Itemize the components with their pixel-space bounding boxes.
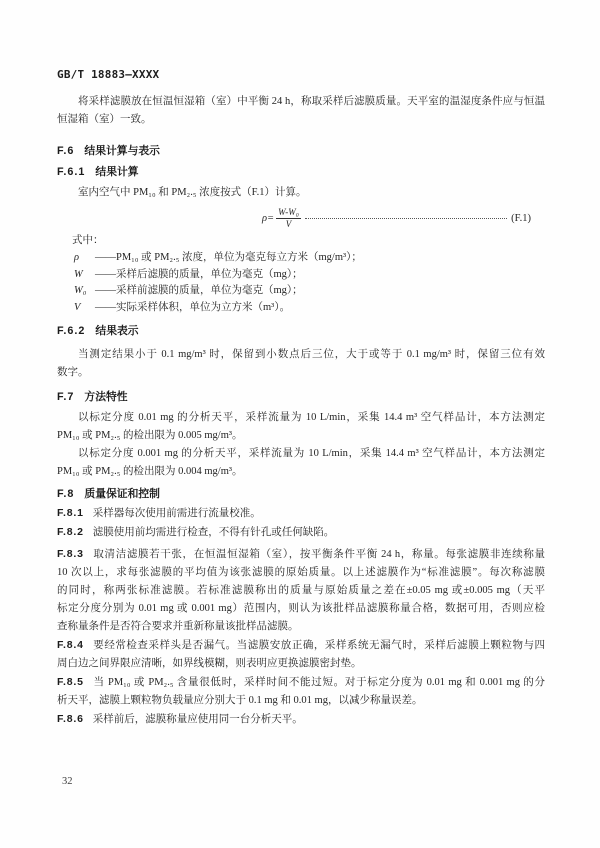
clause-f85-number: F.8.5 [57, 676, 84, 688]
definition-row-w0: W₀——采样前滤膜的质量，单位为毫克（mg）； [57, 283, 545, 300]
clause-f82: F.8.2滤膜使用前均需进行检查，不得有针孔或任何缺陷。 [57, 523, 545, 542]
clause-f86-number: F.8.6 [57, 713, 84, 725]
f7-paragraph-1: 以标定分度 0.01 mg 的分析天平，采样流量为 10 L/min，采集 14… [57, 409, 545, 445]
clause-f86-line-1: F.8.6采样前后，滤膜称量应使用同一台分析天平。 [57, 710, 545, 729]
section-f8-number: F.8 [57, 488, 74, 500]
definition-text-rho: ——PM₁₀ 或 PM₂.₅ 浓度，单位为毫克每立方米（mg/m³）； [95, 252, 362, 263]
clause-f86-text: 采样前后，滤膜称量应使用同一台分析天平。 [93, 714, 303, 725]
definition-term-v: V [74, 300, 95, 317]
clause-f83-text-1: 取清洁滤膜若干张，在恒温恒湿箱（室），按平衡条件平衡 24 h，称量。每张滤膜非… [93, 549, 545, 560]
section-f7-number: F.7 [57, 391, 74, 403]
clause-f85-line-2: 析天平，滤膜上颗粒物负载量应分别大于 0.1 mg 和 0.01 mg，以减少称… [57, 692, 545, 710]
clause-f86: F.8.6采样前后，滤膜称量应使用同一台分析天平。 [57, 710, 545, 729]
page-content: GB/T 18883—XXXX 将采样滤膜放在恒温恒湿箱（室）中平衡 24 h，… [57, 0, 545, 729]
definition-text-v: ——实际采样体积，单位为立方米（m³）。 [95, 302, 290, 313]
formula-label: (F.1) [511, 213, 531, 224]
clause-f81: F.8.1采样器每次使用前需进行流量校准。 [57, 504, 545, 523]
section-f8-title: 质量保证和控制 [84, 488, 160, 500]
clause-f85-text-1: 当 PM₁₀ 或 PM₂.₅ 含量很低时，采样时间不能过短。对于标定分度为 0.… [93, 677, 545, 688]
formula-denominator: V [286, 219, 292, 229]
page-number: 32 [62, 775, 73, 789]
doc-code-header: GB/T 18883—XXXX [57, 66, 545, 84]
definition-term-w0: W₀ [74, 283, 95, 300]
clause-f83-line-1: F.8.3取清洁滤膜若干张，在恒温恒湿箱（室），按平衡条件平衡 24 h，称量。… [57, 545, 545, 564]
f61-lead-line: 室内空气中 PM₁₀ 和 PM₂.₅ 浓度按式（F.1）计算。 [57, 184, 545, 202]
clause-f83-line-2: 10 次以上，求每张滤膜的平均值为该张滤膜的原始质量。以上述滤膜作为“标准滤膜”… [57, 564, 545, 582]
section-f7-heading: F.7方法特性 [57, 388, 545, 406]
definition-row-w: W——采样后滤膜的质量，单位为毫克（mg）； [57, 267, 545, 284]
clause-f83-line-5: 查称量条件是否符合要求并重新称量该批样品滤膜。 [57, 618, 545, 636]
formula-f1: ρ= W-W₀ V (F.1) [57, 204, 545, 232]
intro-paragraph: 将采样滤膜放在恒温恒湿箱（室）中平衡 24 h，称取采样后滤膜质量。天平室的温湿… [57, 93, 545, 129]
formula-numerator: W-W₀ [276, 207, 301, 218]
clause-f84-line-1: F.8.4要经常检查采样头是否漏气。当滤膜安放正确，采样系统无漏气时，采样后滤膜… [57, 636, 545, 655]
intro-line-2: 恒湿箱（室）一致。 [57, 111, 545, 129]
section-f6-number: F.6 [57, 145, 74, 157]
clause-f82-text: 滤膜使用前均需进行检查，不得有针孔或任何缺陷。 [93, 527, 335, 538]
clause-f85-line-1: F.8.5当 PM₁₀ 或 PM₂.₅ 含量很低时，采样时间不能过短。对于标定分… [57, 673, 545, 692]
clause-f81-line-1: F.8.1采样器每次使用前需进行流量校准。 [57, 504, 545, 523]
section-f62-title: 结果表示 [95, 325, 138, 337]
clause-f83-line-3: 的同时，称两张标准滤膜。若标准滤膜称出的质量与原始质量之差在±0.05 mg 或… [57, 582, 545, 600]
f7-para2-line-1: 以标定分度 0.001 mg 的分析天平，采样流量为 10 L/min，采集 1… [57, 445, 545, 463]
clause-f81-number: F.8.1 [57, 507, 84, 519]
clause-f84: F.8.4要经常检查采样头是否漏气。当滤膜安放正确，采样系统无漏气时，采样后滤膜… [57, 636, 545, 673]
clause-f83-number: F.8.3 [57, 548, 84, 560]
f62-line-1: 当测定结果小于 0.1 mg/m³ 时，保留到小数点后三位，大于或等于 0.1 … [57, 346, 545, 364]
section-f61-number: F.6.1 [57, 166, 85, 178]
formula-fraction: W-W₀ V [276, 207, 301, 229]
definition-term-rho: ρ [74, 250, 95, 267]
where-label: 式中： [57, 232, 545, 250]
section-f62-heading: F.6.2结果表示 [57, 322, 545, 340]
section-f61-heading: F.6.1结果计算 [57, 163, 545, 181]
definition-term-w: W [74, 267, 95, 284]
clause-f84-line-2: 周白边之间界限应清晰，如界线模糊，则表明应更换滤膜密封垫。 [57, 655, 545, 673]
clause-f85: F.8.5当 PM₁₀ 或 PM₂.₅ 含量很低时，采样时间不能过短。对于标定分… [57, 673, 545, 710]
section-f62-number: F.6.2 [57, 325, 85, 337]
section-f6-heading: F.6结果计算与表示 [57, 142, 545, 160]
f62-line-2: 数字。 [57, 364, 545, 382]
clause-f84-text-1: 要经常检查采样头是否漏气。当滤膜安放正确，采样系统无漏气时，采样后滤膜上颗粒物与… [93, 640, 545, 651]
f7-para1-line-1: 以标定分度 0.01 mg 的分析天平，采样流量为 10 L/min，采集 14… [57, 409, 545, 427]
clause-f82-line-1: F.8.2滤膜使用前均需进行检查，不得有针孔或任何缺陷。 [57, 523, 545, 542]
intro-line-1: 将采样滤膜放在恒温恒湿箱（室）中平衡 24 h，称取采样后滤膜质量。天平室的温湿… [57, 93, 545, 111]
definition-text-w: ——采样后滤膜的质量，单位为毫克（mg）； [95, 269, 303, 280]
clause-f82-number: F.8.2 [57, 526, 84, 538]
section-f7-title: 方法特性 [84, 391, 127, 403]
clause-f83-line-4: 标定分度分别为 0.01 mg 或 0.001 mg）范围内，则认为该批样品滤膜… [57, 600, 545, 618]
f7-para2-line-2: PM₁₀ 或 PM₂.₅ 的检出限为 0.004 mg/m³。 [57, 463, 545, 481]
f62-paragraph: 当测定结果小于 0.1 mg/m³ 时，保留到小数点后三位，大于或等于 0.1 … [57, 346, 545, 382]
clause-f84-number: F.8.4 [57, 639, 84, 651]
formula-lhs: ρ= [262, 213, 274, 224]
clause-f81-text: 采样器每次使用前需进行流量校准。 [93, 508, 261, 519]
f7-para1-line-2: PM₁₀ 或 PM₂.₅ 的检出限为 0.005 mg/m³。 [57, 427, 545, 445]
definition-text-w0: ——采样前滤膜的质量，单位为毫克（mg）； [95, 285, 303, 296]
document-page: GB/T 18883—XXXX 将采样滤膜放在恒温恒湿箱（室）中平衡 24 h，… [0, 0, 600, 848]
definition-row-rho: ρ——PM₁₀ 或 PM₂.₅ 浓度，单位为毫克每立方米（mg/m³）； [57, 250, 545, 267]
section-f8-heading: F.8质量保证和控制 [57, 485, 545, 503]
f7-paragraph-2: 以标定分度 0.001 mg 的分析天平，采样流量为 10 L/min，采集 1… [57, 445, 545, 481]
formula-dotted-leader [305, 218, 507, 219]
clause-f83: F.8.3取清洁滤膜若干张，在恒温恒湿箱（室），按平衡条件平衡 24 h，称量。… [57, 545, 545, 636]
definition-row-v: V——实际采样体积，单位为立方米（m³）。 [57, 300, 545, 317]
section-f61-title: 结果计算 [95, 166, 138, 178]
section-f6-title: 结果计算与表示 [84, 145, 160, 157]
